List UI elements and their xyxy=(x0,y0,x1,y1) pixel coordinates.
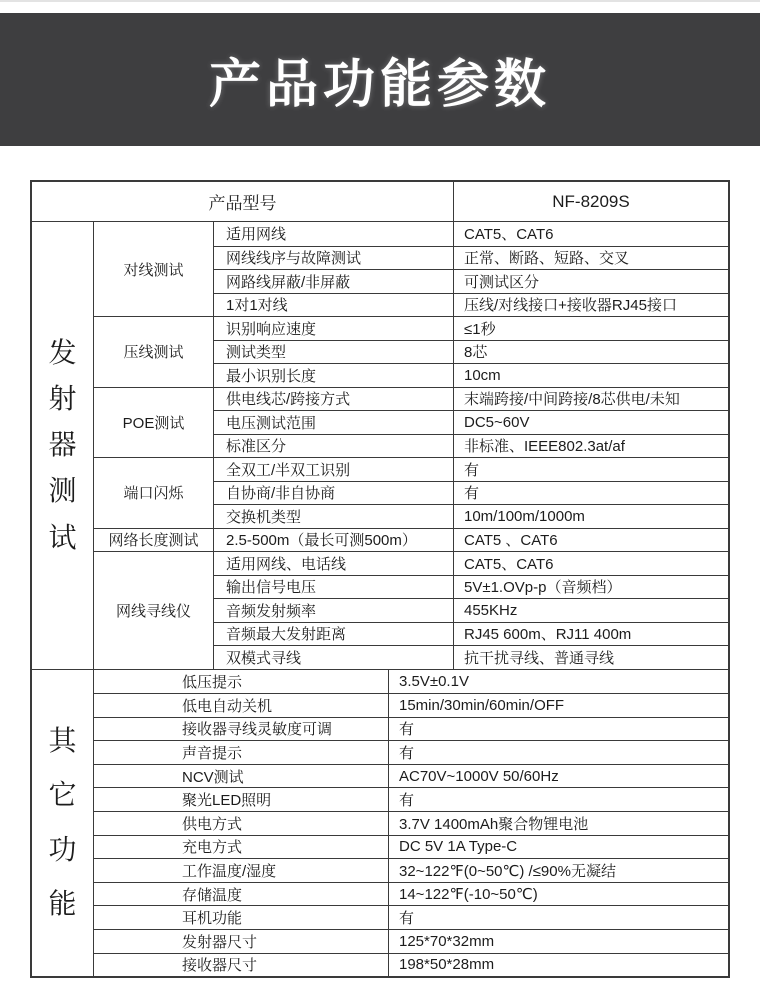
param-cell: 2.5-500m（最长可测500m） xyxy=(214,528,454,552)
value-cell: 198*50*28mm xyxy=(389,953,728,977)
value-cell: RJ45 600m、RJ11 400m xyxy=(454,622,728,646)
param-cell: 音频发射频率 xyxy=(214,598,454,622)
other-functions-section: 其它功能 低压提示 3.5V±0.1V 低电自动关机 15min/30min/6… xyxy=(32,670,728,977)
value-cell: 14~122℉(-10~50℃) xyxy=(389,882,728,906)
param-cell: 工作温度/湿度 xyxy=(94,858,389,882)
param-cell: 低电自动关机 xyxy=(94,693,389,717)
spec-table: 产品型号 NF-8209S 发射器测试 对线测试 压线测试 POE测试 端口闪烁… xyxy=(30,180,730,978)
value-cell: 125*70*32mm xyxy=(389,929,728,953)
param-cell: NCV测试 xyxy=(94,764,389,788)
param-cell: 最小识别长度 xyxy=(214,363,454,387)
param-cell: 测试类型 xyxy=(214,340,454,364)
value-cell: 正常、断路、短路、交叉 xyxy=(454,246,728,270)
value-cell: 3.7V 1400mAh聚合物锂电池 xyxy=(389,811,728,835)
group-label-duixian: 对线测试 xyxy=(94,222,214,316)
param-cell: 全双工/半双工识别 xyxy=(214,457,454,481)
model-label-cell: 产品型号 xyxy=(32,182,454,221)
value-cell: 8芯 xyxy=(454,340,728,364)
section-side-label-transmitter: 发射器测试 xyxy=(32,222,94,669)
group-label-length-test: 网络长度测试 xyxy=(94,528,214,552)
param-cell: 电压测试范围 xyxy=(214,410,454,434)
value-cell: 有 xyxy=(389,717,728,741)
value-cell: 末端跨接/中间跨接/8芯供电/未知 xyxy=(454,387,728,411)
value-cell: 可测试区分 xyxy=(454,269,728,293)
param-cell: 发射器尺寸 xyxy=(94,929,389,953)
value-cell: 32~122℉(0~50℃) /≤90%无凝结 xyxy=(389,858,728,882)
page: 产品功能参数 产品型号 NF-8209S 发射器测试 对线测试 压线测试 POE… xyxy=(0,0,760,1000)
value-cell: ≤1秒 xyxy=(454,316,728,340)
param-cell: 接收器尺寸 xyxy=(94,953,389,977)
group-label-port-blink: 端口闪烁 xyxy=(94,457,214,528)
value-cell: 10cm xyxy=(454,363,728,387)
transmitter-test-section: 发射器测试 对线测试 压线测试 POE测试 端口闪烁 网络长度测试 网线寻线仪 … xyxy=(32,222,728,670)
value-cell: 有 xyxy=(389,740,728,764)
param-cell: 识别响应速度 xyxy=(214,316,454,340)
param-cell: 聚光LED照明 xyxy=(94,787,389,811)
value-cell: 3.5V±0.1V xyxy=(389,670,728,694)
param-cell: 交换机类型 xyxy=(214,504,454,528)
value-cell: CAT5、CAT6 xyxy=(454,551,728,575)
value-cell: AC70V~1000V 50/60Hz xyxy=(389,764,728,788)
param-cell: 自协商/非自协商 xyxy=(214,481,454,505)
value-cell: 5V±1.OVp-p（音频档） xyxy=(454,575,728,599)
section-side-label-other: 其它功能 xyxy=(32,670,94,977)
value-cell: 有 xyxy=(389,905,728,929)
param-cell: 网线线序与故障测试 xyxy=(214,246,454,270)
value-cell: 455KHz xyxy=(454,598,728,622)
group-label-yaxian: 压线测试 xyxy=(94,316,214,387)
value-cell: 有 xyxy=(454,457,728,481)
group-label-poe: POE测试 xyxy=(94,387,214,458)
group-label-wire-tracker: 网线寻线仪 xyxy=(94,551,214,669)
param-cell: 1对1对线 xyxy=(214,293,454,317)
value-cell: 抗干扰寻线、普通寻线 xyxy=(454,645,728,669)
value-cell: CAT5 、CAT6 xyxy=(454,528,728,552)
param-cell: 供电方式 xyxy=(94,811,389,835)
param-cell: 输出信号电压 xyxy=(214,575,454,599)
value-cell: CAT5、CAT6 xyxy=(454,222,728,246)
title-banner: 产品功能参数 xyxy=(0,13,760,146)
value-cell: 非标准、IEEE802.3at/af xyxy=(454,434,728,458)
param-cell: 供电线芯/跨接方式 xyxy=(214,387,454,411)
value-cell: 有 xyxy=(389,787,728,811)
param-cell: 网路线屏蔽/非屏蔽 xyxy=(214,269,454,293)
page-title: 产品功能参数 xyxy=(209,42,551,117)
param-cell: 双模式寻线 xyxy=(214,645,454,669)
param-cell: 声音提示 xyxy=(94,740,389,764)
param-cell: 低压提示 xyxy=(94,670,389,694)
param-cell: 耳机功能 xyxy=(94,905,389,929)
value-cell: 压线/对线接口+接收器RJ45接口 xyxy=(454,293,728,317)
param-cell: 充电方式 xyxy=(94,835,389,859)
value-cell: DC5~60V xyxy=(454,410,728,434)
model-value-cell: NF-8209S xyxy=(454,182,728,221)
value-cell: 有 xyxy=(454,481,728,505)
param-cell: 适用网线 xyxy=(214,222,454,246)
value-cell: DC 5V 1A Type-C xyxy=(389,835,728,859)
param-cell: 标准区分 xyxy=(214,434,454,458)
param-cell: 音频最大发射距离 xyxy=(214,622,454,646)
param-cell: 适用网线、电话线 xyxy=(214,551,454,575)
param-cell: 存储温度 xyxy=(94,882,389,906)
table-header-row: 产品型号 NF-8209S xyxy=(32,182,728,222)
value-cell: 15min/30min/60min/OFF xyxy=(389,693,728,717)
param-cell: 接收器寻线灵敏度可调 xyxy=(94,717,389,741)
value-cell: 10m/100m/1000m xyxy=(454,504,728,528)
